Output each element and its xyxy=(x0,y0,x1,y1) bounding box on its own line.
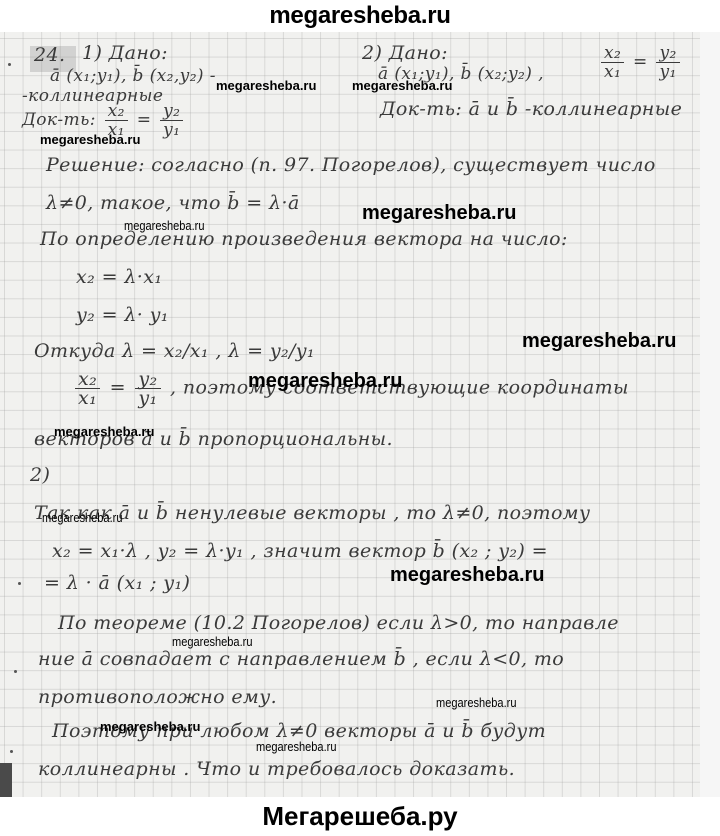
watermark: megaresheba.ru xyxy=(172,634,252,649)
watermark: megaresheba.ru xyxy=(436,695,516,710)
site-label-cyrillic: Мегарешеба.ру xyxy=(262,801,457,831)
solution-line-14: противоположно ему. xyxy=(38,686,277,708)
watermark: megaresheba.ru xyxy=(362,202,517,225)
watermark: megaresheba.ru xyxy=(256,739,336,754)
ratio-fraction-x: x₂ x₁ xyxy=(75,370,100,407)
solution-line-16: коллинеарны . Что и требовалось доказать… xyxy=(38,758,515,780)
solution-line-10: x₂ = x₁·λ , y₂ = λ·y₁ , значит вектор b̄… xyxy=(52,540,548,562)
solution-line-13: ние ā совпадает с направлением b̄ , если… xyxy=(38,648,564,670)
solution-line-5: y₂ = λ· y₁ xyxy=(76,304,169,326)
watermark: megaresheba.ru xyxy=(54,424,154,439)
solution-line-11: = λ · ā (x₁ ; y₁) xyxy=(44,572,190,594)
watermark: megaresheba.ru xyxy=(248,370,403,393)
part1-prove-fraction-y: y₂ y₁ xyxy=(160,102,183,139)
part2-given-ratio: x₂ x₁ = y₂ y₁ xyxy=(598,44,683,81)
notebook-page-scan: 24. 1) Дано: ā (x₁;y₁), b̄ (x₂,y₂) - -ко… xyxy=(0,32,700,797)
ratio-fraction-y: y₂ y₁ xyxy=(135,370,160,407)
margin-dot xyxy=(14,670,17,673)
margin-dot xyxy=(18,582,21,585)
watermark: megaresheba.ru xyxy=(522,330,677,353)
solution-line-3: По определению произведения вектора на ч… xyxy=(40,228,568,250)
solution-line-1: Решение: согласно (п. 97. Погорелов), су… xyxy=(46,154,656,176)
problem-number: 24. xyxy=(34,44,65,66)
watermark: megaresheba.ru xyxy=(216,78,316,93)
watermark: megaresheba.ru xyxy=(124,218,204,233)
margin-dot xyxy=(10,750,13,753)
watermark: megaresheba.ru xyxy=(42,510,122,525)
margin-dot xyxy=(8,63,11,66)
solution-line-2: λ≠0, такое, что b̄ = λ·ā xyxy=(46,192,300,214)
watermark: megaresheba.ru xyxy=(352,78,452,93)
site-watermark-title: megaresheba.ru xyxy=(269,2,450,29)
watermark: megaresheba.ru xyxy=(40,132,140,147)
part1-given-heading: 1) Дано: xyxy=(82,42,168,64)
part1-prove-label: Док-ть: xyxy=(22,110,96,130)
part2-prove-statement: Док-ть: ā и b̄ -коллинеарные xyxy=(380,98,682,120)
scan-margin-mark xyxy=(0,763,12,797)
solution-part2-label: 2) xyxy=(30,464,50,486)
watermark: megaresheba.ru xyxy=(390,564,545,587)
bottom-site-banner: Мегарешеба.ру xyxy=(0,797,720,836)
watermark: megaresheba.ru xyxy=(100,719,200,734)
top-site-banner: megaresheba.ru xyxy=(0,0,720,32)
solution-line-4: x₂ = λ·x₁ xyxy=(76,266,162,288)
part2-given-heading: 2) Дано: xyxy=(362,42,448,64)
part1-given-vectors: ā (x₁;y₁), b̄ (x₂,y₂) - xyxy=(50,66,216,86)
solution-line-12: По теореме (10.2 Погорелов) если λ>0, то… xyxy=(58,612,619,634)
solution-line-6: Откуда λ = x₂/x₁ , λ = y₂/y₁ xyxy=(34,340,315,362)
page-right-edge xyxy=(700,32,720,797)
